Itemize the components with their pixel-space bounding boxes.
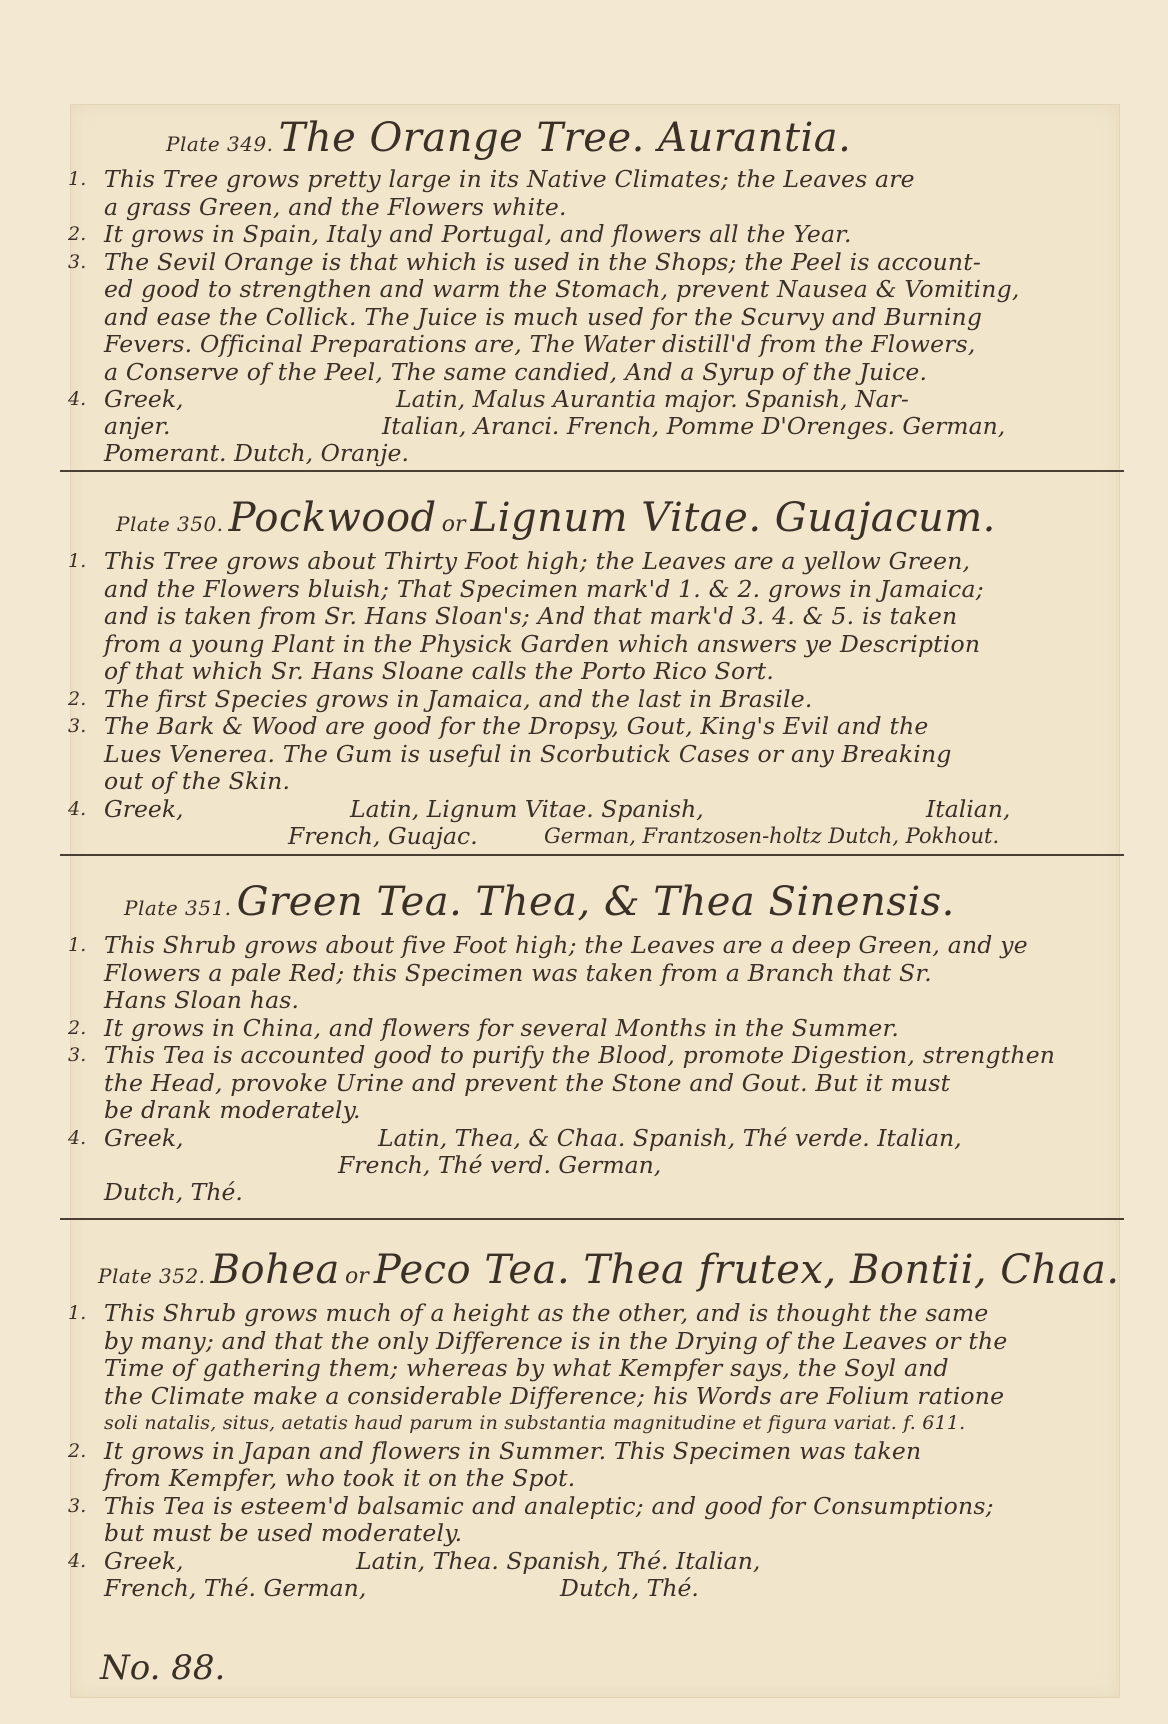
text-line: Flowers a pale Red; this Specimen was ta… [104, 960, 1126, 988]
list-item: 3. The Bark & Wood are good for the Drop… [66, 713, 1126, 796]
name-entry: Dutch, Thé. [560, 1575, 699, 1603]
name-entry: German, Frantzosen-holtz Dutch, Pokhout. [544, 823, 999, 851]
list-item: 2. It grows in Spain, Italy and Portugal… [66, 221, 1126, 249]
plate-352-section: Plate 352. Bohea or Peco Tea. Thea frute… [66, 1220, 1126, 1604]
name-entry: French, Thé verd. German, [338, 1152, 661, 1180]
name-entry: Greek, [104, 1548, 184, 1576]
text-line: The first Species grows in Jamaica, and … [104, 686, 1126, 714]
text-line: This Shrub grows about five Foot high; t… [104, 932, 1126, 960]
document-page: Plate 349. The Orange Tree. Aurantia. 1.… [66, 118, 1126, 1604]
text-line: Lues Venerea. The Gum is useful in Scorb… [104, 741, 1126, 769]
names-list: 4. Greek, Latin, Lignum Vitae. Spanish, … [66, 796, 1126, 852]
text-line: It grows in Spain, Italy and Portugal, a… [104, 221, 1126, 249]
name-entry: Pomerant. Dutch, Oranje. [104, 440, 409, 468]
text-line: of that which Sr. Hans Sloane calls the … [104, 658, 1126, 686]
list-item: 3. This Tea is accounted good to purify … [66, 1042, 1126, 1125]
plate-title: The Orange Tree. Aurantia. [279, 115, 852, 161]
text-line: Fevers. Officinal Preparations are, The … [104, 331, 1126, 359]
text-line: the Head, provoke Urine and prevent the … [104, 1070, 1126, 1098]
plate-number: Plate 349. [166, 132, 274, 156]
item-number: 1. [68, 1300, 87, 1328]
item-number: 1. [68, 548, 87, 576]
text-line: from a young Plant in the Physick Garden… [104, 631, 1126, 659]
text-line: by many; and that the only Difference is… [104, 1328, 1126, 1356]
list-item: 2. It grows in China, and flowers for se… [66, 1015, 1126, 1043]
name-entry: Latin, Malus Aurantia major. Spanish, Na… [396, 386, 909, 414]
text-line: from Kempfer, who took it on the Spot. [104, 1465, 1126, 1493]
names-list: 4. Greek, Latin, Thea, & Chaa. Spanish, … [66, 1125, 1126, 1207]
plate-title-part: Lignum Vitae. Guajacum. [471, 495, 996, 541]
name-entry: Italian, [926, 796, 1010, 824]
plate-title-part: Bohea [211, 1247, 340, 1293]
page-number: No. 88. [100, 1648, 225, 1688]
plate-352-title: Plate 352. Bohea or Peco Tea. Thea frute… [66, 1250, 1126, 1300]
names-list: 4. Greek, Latin, Thea. Spanish, Thé. Ita… [66, 1548, 1126, 1604]
name-entry: French, Thé. German, [104, 1575, 366, 1603]
plate-number: Plate 350. [116, 512, 224, 536]
plate-350-section: Plate 350. Pockwood or Lignum Vitae. Gua… [66, 472, 1126, 854]
list-item: 3. The Sevil Orange is that which is use… [66, 249, 1126, 387]
list-item: 1. This Shrub grows much of a height as … [66, 1300, 1126, 1438]
text-line: It grows in China, and flowers for sever… [104, 1015, 1126, 1043]
text-line: be drank moderately. [104, 1097, 1126, 1125]
text-line: a grass Green, and the Flowers white. [104, 194, 1126, 222]
name-entry: Latin, Thea, & Chaa. Spanish, Thé verde.… [378, 1125, 962, 1153]
name-entry: anjer. [104, 413, 170, 441]
text-line: The Bark & Wood are good for the Dropsy,… [104, 713, 1126, 741]
item-number: 3. [68, 713, 87, 741]
text-line: and is taken from Sr. Hans Sloan's; And … [104, 603, 1126, 631]
text-line: the Climate make a considerable Differen… [104, 1383, 1126, 1411]
text-line: ed good to strengthen and warm the Stoma… [104, 276, 1126, 304]
item-number: 3. [68, 1493, 87, 1521]
plate-349-title: Plate 349. The Orange Tree. Aurantia. [66, 118, 1126, 166]
item-number: 4. [68, 386, 86, 414]
item-number: 1. [68, 932, 87, 960]
item-number: 3. [68, 249, 87, 277]
plate-349-section: Plate 349. The Orange Tree. Aurantia. 1.… [66, 118, 1126, 470]
text-line: and ease the Collick. The Juice is much … [104, 304, 1126, 332]
list-item: 1. This Shrub grows about five Foot high… [66, 932, 1126, 1015]
list-item: 1. This Tree grows pretty large in its N… [66, 166, 1126, 221]
list-item: 3. This Tea is esteem'd balsamic and ana… [66, 1493, 1126, 1548]
name-entry: Latin, Thea. Spanish, Thé. Italian, [356, 1548, 760, 1576]
item-number: 2. [68, 686, 87, 714]
plate-351-section: Plate 351. Green Tea. Thea, & Thea Sinen… [66, 856, 1126, 1218]
plate-number: Plate 351. [124, 896, 232, 920]
name-entry: Dutch, Thé. [104, 1179, 243, 1207]
plate-350-title: Plate 350. Pockwood or Lignum Vitae. Gua… [66, 498, 1126, 548]
list-item: 2. It grows in Japan and flowers in Summ… [66, 1438, 1126, 1493]
item-number: 4. [68, 1548, 86, 1576]
name-entry: Greek, [104, 796, 184, 824]
item-number: 2. [68, 1015, 87, 1043]
text-line: This Tea is esteem'd balsamic and analep… [104, 1493, 1126, 1521]
text-line: The Sevil Orange is that which is used i… [104, 249, 1126, 277]
plate-title-part: or [345, 1264, 369, 1289]
text-line: This Tea is accounted good to purify the… [104, 1042, 1126, 1070]
text-line: This Tree grows pretty large in its Nati… [104, 166, 1126, 194]
text-line: and the Flowers bluish; That Specimen ma… [104, 576, 1126, 604]
name-entry: Italian, Aranci. French, Pomme D'Orenges… [382, 413, 1005, 441]
text-line: but must be used moderately. [104, 1520, 1126, 1548]
plate-title-part: Peco Tea. Thea frutex, Bontii, Chaa. [374, 1247, 1120, 1293]
text-line: This Tree grows about Thirty Foot high; … [104, 548, 1126, 576]
name-entry: Greek, [104, 1125, 184, 1153]
item-number: 1. [68, 166, 87, 194]
text-line: Time of gathering them; whereas by what … [104, 1355, 1126, 1383]
plate-number: Plate 352. [98, 1264, 206, 1288]
list-item: 2. The first Species grows in Jamaica, a… [66, 686, 1126, 714]
plate-title-part: or [442, 512, 466, 537]
name-entry: Greek, [104, 386, 184, 414]
item-number: 2. [68, 1438, 87, 1466]
latin-quote-line: soli natalis, situs, aetatis haud parum … [104, 1410, 1126, 1438]
text-line: It grows in Japan and flowers in Summer.… [104, 1438, 1126, 1466]
text-line: out of the Skin. [104, 768, 1126, 796]
item-number: 2. [68, 221, 87, 249]
text-line: This Shrub grows much of a height as the… [104, 1300, 1126, 1328]
plate-title-part: Pockwood [229, 495, 437, 541]
text-line: a Conserve of the Peel, The same candied… [104, 359, 1126, 387]
text-line: Hans Sloan has. [104, 987, 1126, 1015]
item-number: 4. [68, 1125, 86, 1153]
item-number: 3. [68, 1042, 87, 1070]
plate-title: Green Tea. Thea, & Thea Sinensis. [237, 879, 955, 925]
name-entry: Latin, Lignum Vitae. Spanish, [350, 796, 704, 824]
names-list: 4. Greek, Latin, Malus Aurantia major. S… [66, 386, 1126, 468]
item-number: 4. [68, 796, 86, 824]
plate-351-title: Plate 351. Green Tea. Thea, & Thea Sinen… [66, 882, 1126, 932]
name-entry: French, Guajac. [288, 823, 478, 851]
list-item: 1. This Tree grows about Thirty Foot hig… [66, 548, 1126, 686]
